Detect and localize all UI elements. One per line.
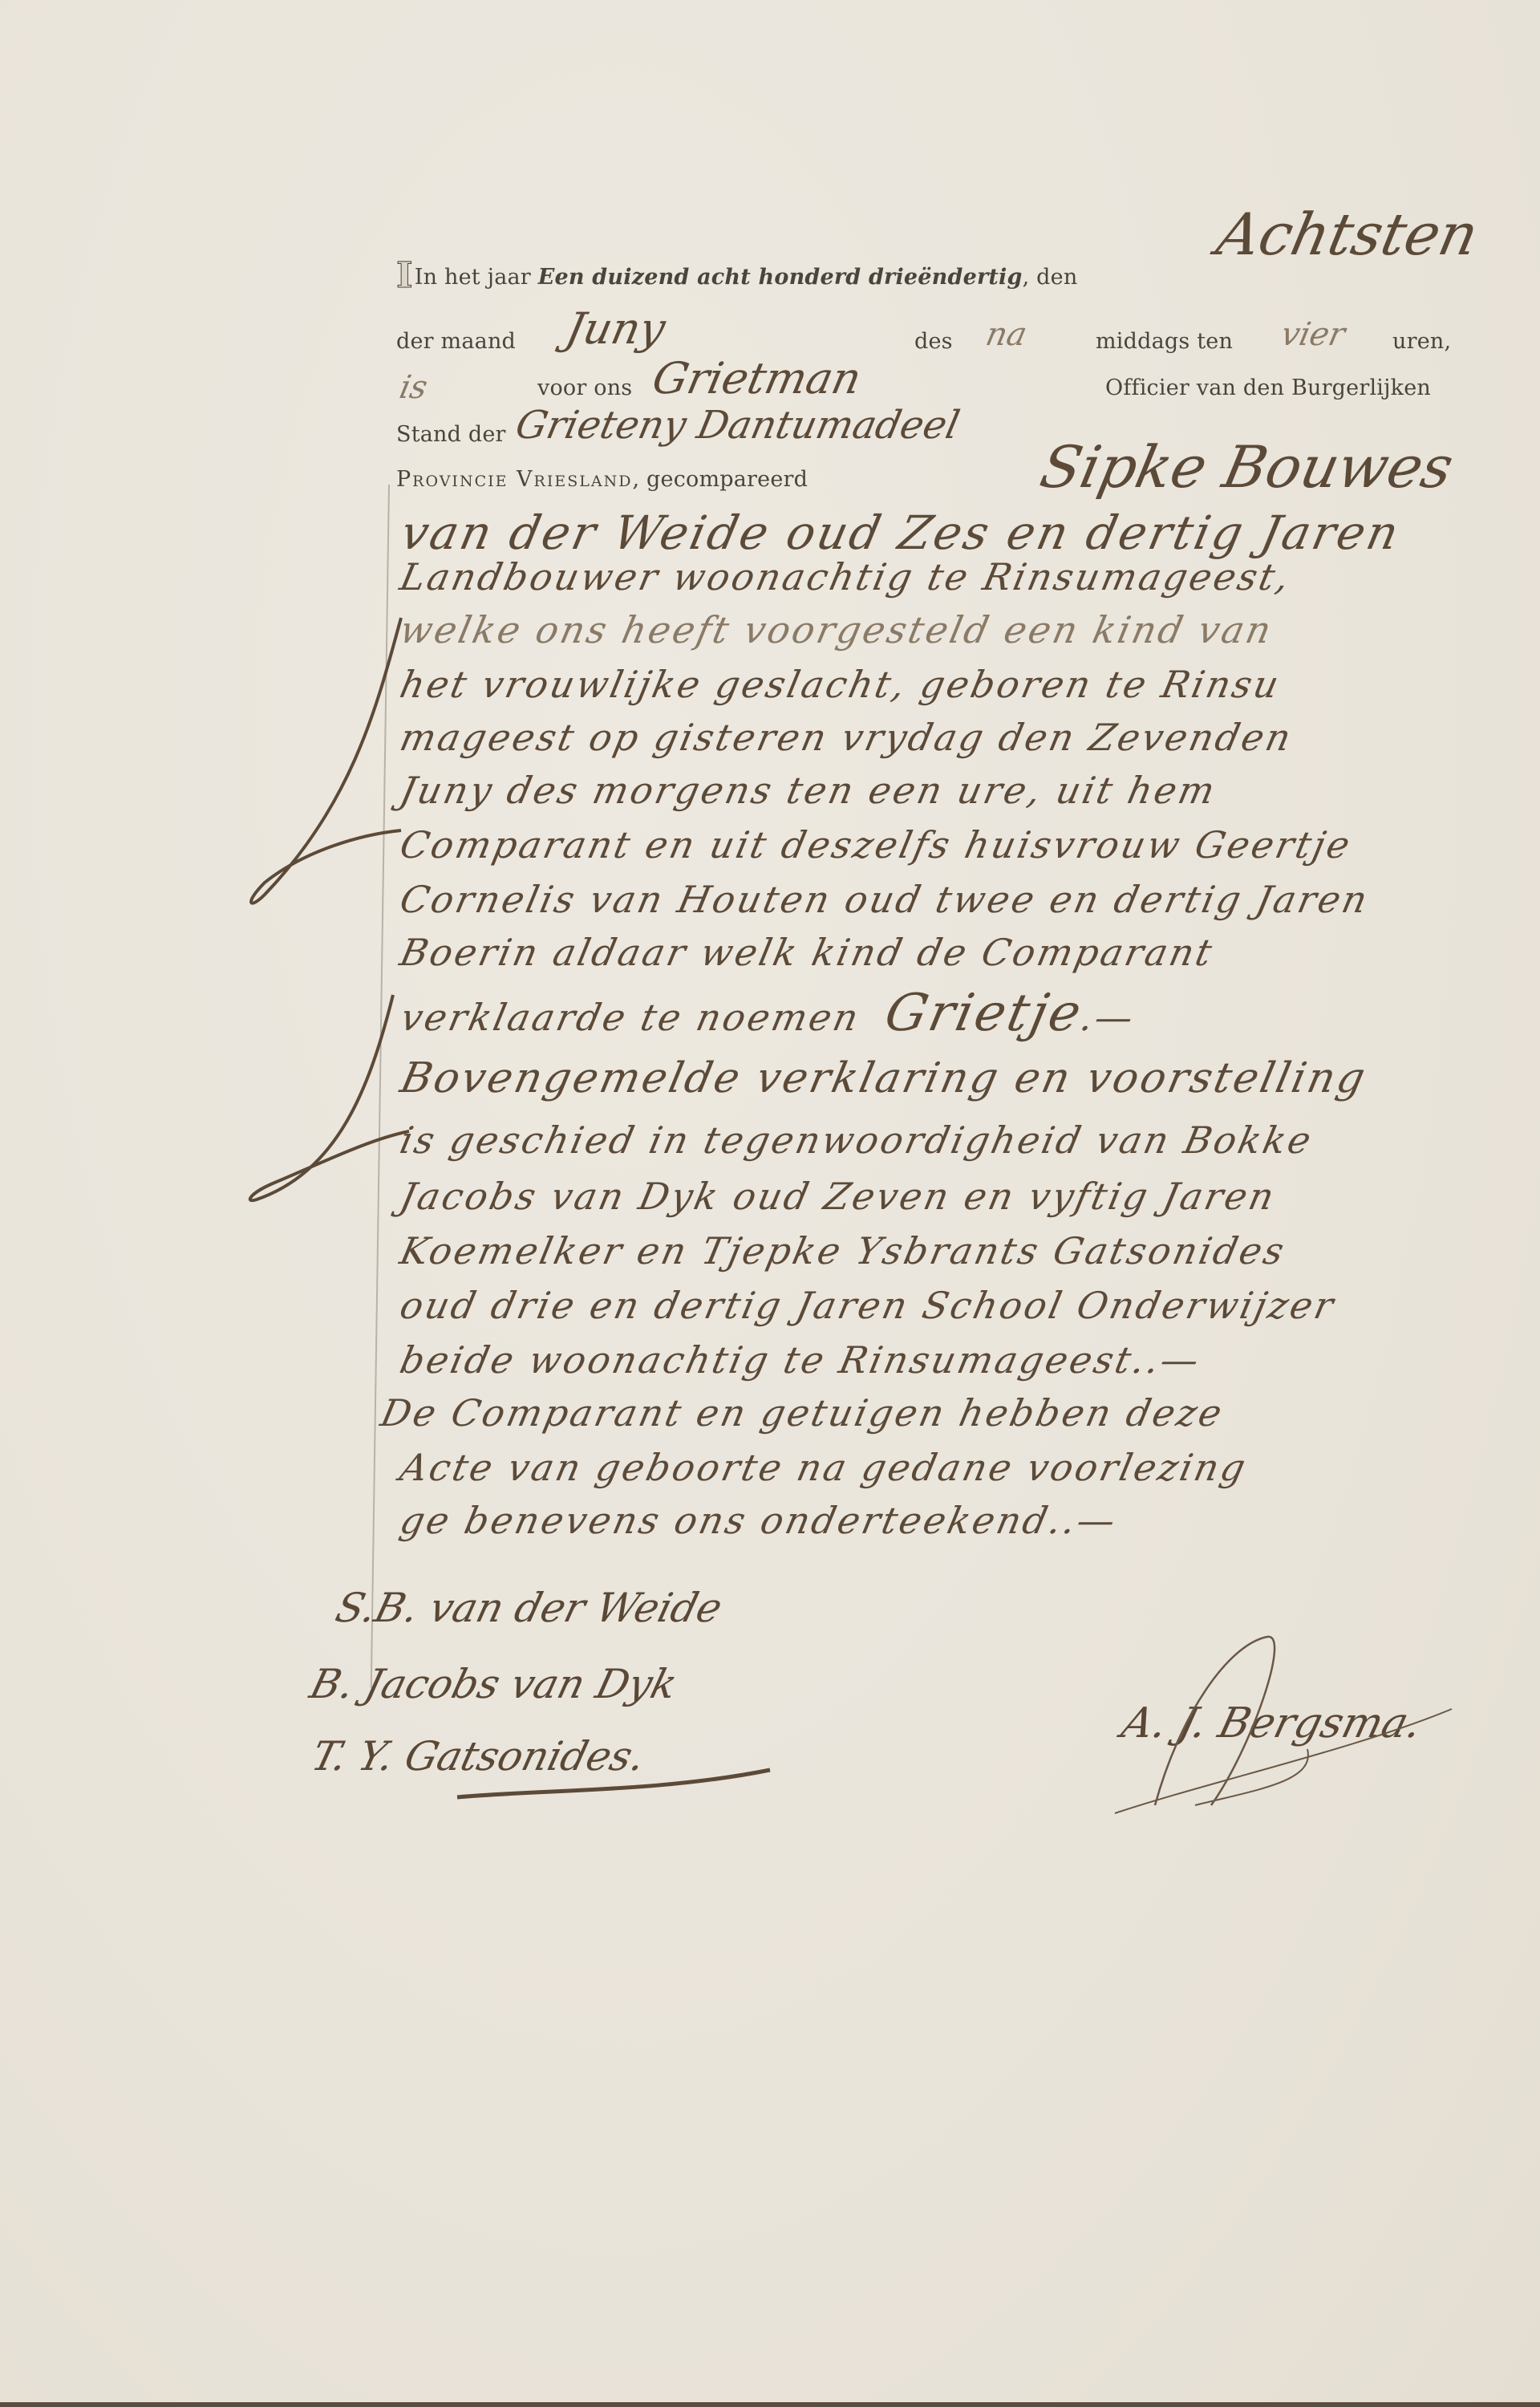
printed-line-5: Provincie Vriesland, gecompareerd bbox=[396, 467, 808, 492]
child-name: Grietje bbox=[880, 984, 1088, 1043]
line-end-dash: .— bbox=[1076, 996, 1139, 1039]
handwritten-part-of-day: na bbox=[983, 316, 1030, 353]
body-line-14: Koemelker en Tjepke Ysbrants Gatsonides bbox=[396, 1229, 1290, 1273]
line-end-dash-3: .— bbox=[1059, 1499, 1121, 1542]
signature-declarant: S.B. van der Weide bbox=[331, 1585, 727, 1631]
body-line-5: mageest op gisteren vrydag den Zevenden bbox=[396, 716, 1297, 759]
body-line-18: Acte van geboorte na gedane voorlezing bbox=[396, 1446, 1251, 1489]
body-line-17: De Comparant en getuigen hebben deze bbox=[377, 1391, 1228, 1435]
drop-cap-I: I bbox=[396, 255, 413, 296]
body-line-19-text: ge benevens ons onderteekend. bbox=[396, 1499, 1068, 1542]
printed-year-text: Een duizend acht honderd drieëndertig bbox=[538, 265, 1023, 290]
body-line-13: Jacobs van Dyk oud Zeven en vyftig Jaren bbox=[396, 1175, 1280, 1218]
printed-line-3-suffix: Officier van den Burgerlijken bbox=[1105, 375, 1431, 400]
body-line-15: oud drie en dertig Jaren School Onderwij… bbox=[396, 1284, 1339, 1327]
body-line-3: welke ons heeft voorgesteld een kind van bbox=[396, 608, 1277, 651]
body-line-11: Bovengemelde verklaring en voorstelling bbox=[396, 1054, 1372, 1102]
printed-line-2-middags: middags ten bbox=[1096, 329, 1233, 354]
printed-line-3-prefix: voor ons bbox=[537, 375, 632, 400]
printed-line-2-prefix: der maand bbox=[396, 329, 516, 354]
margin-flourish-icon bbox=[241, 610, 449, 1252]
body-line-10: verklaarde te noemen Grietje.— bbox=[396, 984, 1142, 1043]
body-line-19: ge benevens ons onderteekend..— bbox=[396, 1499, 1121, 1542]
printed-line-2-des: des bbox=[914, 329, 953, 354]
body-line-10-text: verklaarde te noemen bbox=[397, 996, 865, 1039]
printed-gecompareerd: , gecompareerd bbox=[632, 467, 808, 492]
body-line-2: Landbouwer woonachtig te Rinsumageest, bbox=[396, 555, 1295, 599]
signature-witness-1: B. Jacobs van Dyk bbox=[306, 1661, 682, 1707]
handwritten-day: Achtsten bbox=[1211, 201, 1484, 268]
printed-line1-prefix: In het jaar bbox=[415, 265, 531, 290]
handwritten-municipality: Grieteny Dantumadeel bbox=[512, 403, 963, 448]
printed-line-1: IIn het jaar Een duizend acht honderd dr… bbox=[396, 255, 1077, 296]
body-line-12: is geschied in tegenwoordigheid van Bokk… bbox=[396, 1118, 1317, 1162]
body-line-16: beide woonachtig te Rinsumageest..— bbox=[396, 1338, 1205, 1382]
body-line-4: het vrouwlijke geslacht, geboren te Rins… bbox=[396, 663, 1285, 706]
handwritten-officer-title: Grietman bbox=[648, 353, 865, 404]
printed-line1-suffix: , den bbox=[1023, 265, 1078, 290]
body-line-6: Juny des morgens ten een ure, uit hem bbox=[396, 769, 1221, 812]
officer-signature-flourish-icon bbox=[1051, 1621, 1468, 1829]
page-bottom-edge bbox=[0, 2402, 1540, 2407]
handwritten-month: Juny bbox=[561, 303, 670, 354]
body-line-1: van der Weide oud Zes en dertig Jaren bbox=[396, 505, 1405, 560]
printed-line-4-prefix: Stand der bbox=[396, 422, 506, 447]
printed-line-2-suffix: uren, bbox=[1392, 329, 1451, 354]
line-end-dash-2: .— bbox=[1142, 1338, 1205, 1382]
body-line-7: Comparant en uit deszelfs huisvrouw Geer… bbox=[396, 823, 1356, 867]
body-line-9: Boerin aldaar welk kind de Comparant bbox=[396, 931, 1218, 974]
handwritten-declarant-name: Sipke Bouwes bbox=[1035, 433, 1459, 501]
printed-province: Provincie Vriesland bbox=[396, 467, 632, 492]
handwritten-hour: vier bbox=[1278, 316, 1348, 353]
signature-underline-icon bbox=[449, 1765, 786, 1813]
body-line-16-text: beide woonachtig te Rinsumageest. bbox=[396, 1338, 1152, 1382]
body-line-8: Cornelis van Houten oud twee en dertig J… bbox=[396, 878, 1373, 921]
